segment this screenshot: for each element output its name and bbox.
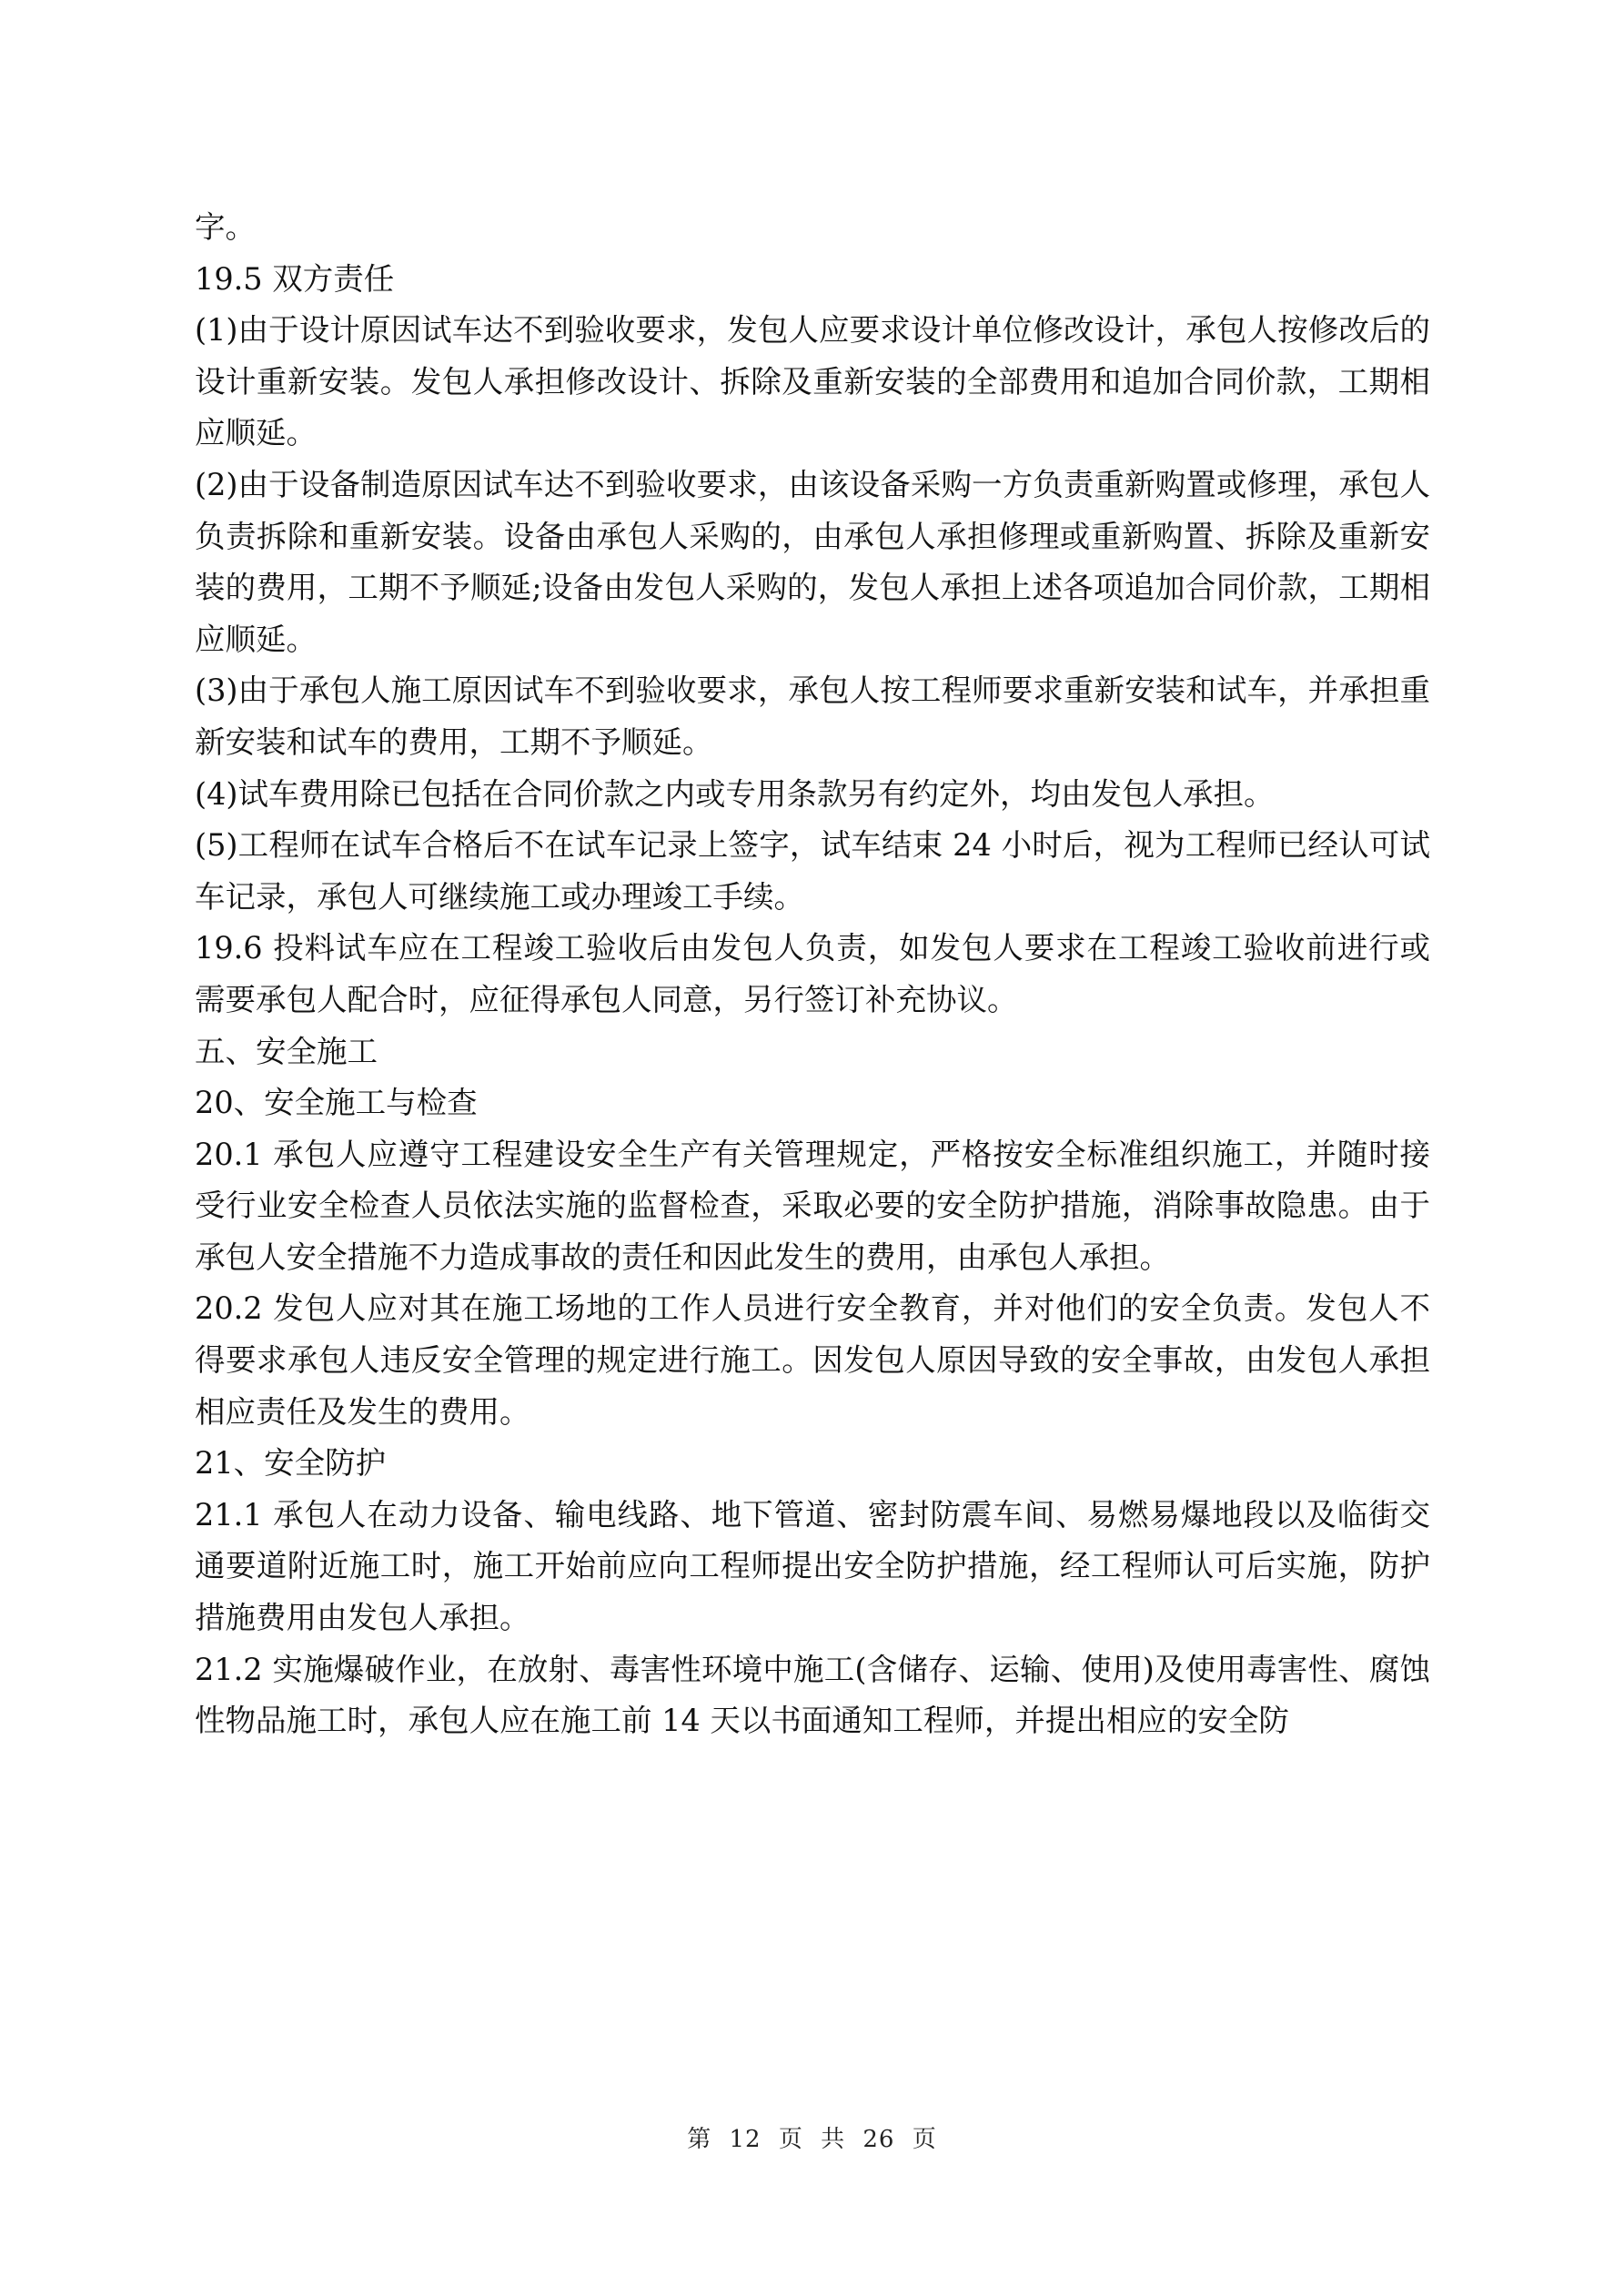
page-footer: 第 12 页 共 26 页 bbox=[0, 2120, 1624, 2154]
document-body: 字。 19.5 双方责任 (1)由于设计原因试车达不到验收要求，发包人应要求设计… bbox=[195, 202, 1430, 1747]
chapter-heading-5: 五、安全施工 bbox=[195, 1027, 1430, 1078]
paragraph-continuation: 字。 bbox=[195, 202, 1430, 254]
clause-19-6: 19.6 投料试车应在工程竣工验收后由发包人负责，如发包人要求在工程竣工验收前进… bbox=[195, 923, 1430, 1026]
list-item-4: (4)试车费用除已包括在合同价款之内或专用条款另有约定外，均由发包人承担。 bbox=[195, 769, 1430, 821]
clause-21-2: 21.2 实施爆破作业，在放射、毒害性环境中施工(含储存、运输、使用)及使用毒害… bbox=[195, 1644, 1430, 1747]
list-item-5: (5)工程师在试车合格后不在试车记录上签字，试车结束 24 小时后，视为工程师已… bbox=[195, 820, 1430, 923]
list-item-3: (3)由于承包人施工原因试车不到验收要求，承包人按工程师要求重新安装和试车，并承… bbox=[195, 665, 1430, 768]
section-heading-21: 21、安全防护 bbox=[195, 1438, 1430, 1490]
clause-20-1: 20.1 承包人应遵守工程建设安全生产有关管理规定，严格按安全标准组织施工，并随… bbox=[195, 1129, 1430, 1284]
page-indicator: 第 12 页 共 26 页 bbox=[687, 2126, 937, 2153]
list-item-1: (1)由于设计原因试车达不到验收要求，发包人应要求设计单位修改设计，承包人按修改… bbox=[195, 305, 1430, 460]
list-item-2: (2)由于设备制造原因试车达不到验收要求，由该设备采购一方负责重新购置或修理，承… bbox=[195, 460, 1430, 665]
clause-20-2: 20.2 发包人应对其在施工场地的工作人员进行安全教育，并对他们的安全负责。发包… bbox=[195, 1283, 1430, 1438]
section-heading-19-5: 19.5 双方责任 bbox=[195, 254, 1430, 306]
clause-21-1: 21.1 承包人在动力设备、输电线路、地下管道、密封防震车间、易燃易爆地段以及临… bbox=[195, 1490, 1430, 1644]
section-heading-20: 20、安全施工与检查 bbox=[195, 1077, 1430, 1129]
